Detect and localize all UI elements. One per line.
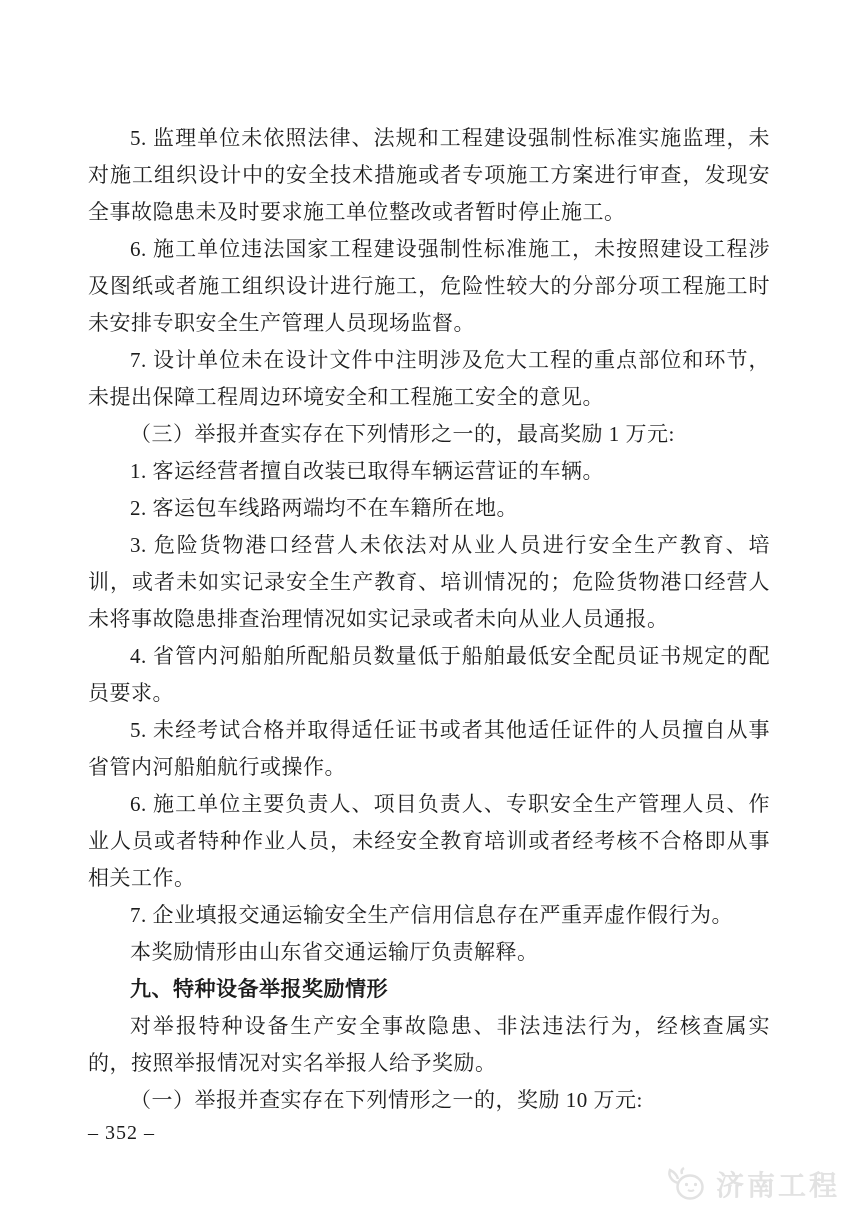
clause-paragraph: 7. 企业填报交通运输安全生产信用信息存在严重弄虚作假行为。	[88, 897, 770, 934]
watermark-text: 济南工程	[716, 1164, 840, 1204]
watermark-logo: 济南工程	[665, 1164, 840, 1204]
clause-paragraph: 3. 危险货物港口经营人未依法对从业人员进行安全生产教育、培训，或者未如实记录安…	[88, 527, 770, 638]
clause-paragraph: 6. 施工单位主要负责人、项目负责人、专职安全生产管理人员、作业人员或者特种作业…	[88, 786, 770, 897]
clause-paragraph: 5. 监理单位未依照法律、法规和工程建设强制性标准实施监理，未对施工组织设计中的…	[88, 120, 770, 231]
mascot-icon	[665, 1166, 709, 1202]
clause-paragraph: 对举报特种设备生产安全事故隐患、非法违法行为，经核查属实的，按照举报情况对实名举…	[88, 1008, 770, 1082]
document-body: 5. 监理单位未依照法律、法规和工程建设强制性标准实施监理，未对施工组织设计中的…	[88, 120, 770, 1119]
clause-paragraph: 7. 设计单位未在设计文件中注明涉及危大工程的重点部位和环节，未提出保障工程周边…	[88, 342, 770, 416]
clause-paragraph: 4. 省管内河船舶所配船员数量低于船舶最低安全配员证书规定的配员要求。	[88, 638, 770, 712]
document-page: 5. 监理单位未依照法律、法规和工程建设强制性标准实施监理，未对施工组织设计中的…	[0, 0, 856, 1225]
clause-paragraph: 5. 未经考试合格并取得适任证书或者其他适任证件的人员擅自从事省管内河船舶航行或…	[88, 712, 770, 786]
clause-paragraph: 1. 客运经营者擅自改装已取得车辆运营证的车辆。	[88, 453, 770, 490]
closing-note: 本奖励情形由山东省交通运输厅负责解释。	[88, 934, 770, 971]
clause-paragraph: 2. 客运包车线路两端均不在车籍所在地。	[88, 490, 770, 527]
page-number: – 352 –	[88, 1118, 155, 1148]
clause-paragraph: 6. 施工单位违法国家工程建设强制性标准施工，未按照建设工程涉及图纸或者施工组织…	[88, 231, 770, 342]
subsection-title: （一）举报并查实存在下列情形之一的，奖励 10 万元:	[88, 1082, 770, 1119]
section-heading: 九、特种设备举报奖励情形	[88, 971, 770, 1008]
subsection-title: （三）举报并查实存在下列情形之一的，最高奖励 1 万元:	[88, 416, 770, 453]
